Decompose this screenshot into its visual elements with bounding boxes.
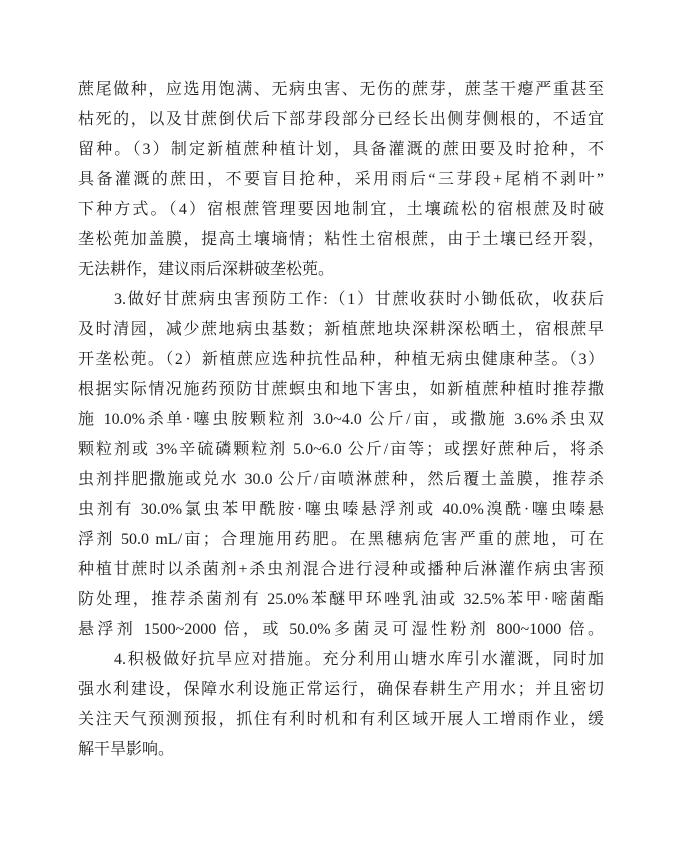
text-line: 垄松蔸加盖膜，提高土壤墒情；粘性土宿根蔗，由于土壤已经开裂， bbox=[78, 225, 604, 255]
text-line: 悬浮剂 1500~2000 倍，或 50.0%多菌灵可湿性粉剂 800~1000… bbox=[78, 615, 604, 645]
text-line: 防处理，推荐杀菌剂有 25.0%苯醚甲环唑乳油或 32.5%苯甲·嘧菌酯 bbox=[78, 585, 604, 615]
text-line: 4.积极做好抗旱应对措施。充分利用山塘水库引水灌溉，同时加 bbox=[78, 645, 604, 675]
text-line: 及时清园，减少蔗地病虫基数；新植蔗地块深耕深松晒土，宿根蔗早 bbox=[78, 315, 604, 345]
text-line: 枯死的，以及甘蔗倒伏后下部芽段部分已经长出侧芽侧根的，不适宜 bbox=[78, 105, 604, 135]
document-page: 蔗尾做种，应选用饱满、无病虫害、无伤的蔗芽，蔗茎干瘪严重甚至 枯死的，以及甘蔗倒… bbox=[78, 75, 604, 765]
text-line: 具备灌溉的蔗田，不要盲目抢种，采用雨后“三芽段+尾梢不剥叶” bbox=[78, 165, 604, 195]
text-line: 根据实际情况施药预防甘蔗螟虫和地下害虫，如新植蔗种植时推荐撒 bbox=[78, 375, 604, 405]
text-line: 虫剂拌肥撒施或兑水 30.0 公斤/亩喷淋蔗种，然后覆土盖膜，推荐杀 bbox=[78, 465, 604, 495]
text-line: 虫剂有 30.0%氯虫苯甲酰胺·噻虫嗪悬浮剂或 40.0%溴酰·噻虫嗪悬 bbox=[78, 495, 604, 525]
text-line: 无法耕作，建议雨后深耕破垄松蔸。 bbox=[78, 255, 604, 285]
text-line: 蔗尾做种，应选用饱满、无病虫害、无伤的蔗芽，蔗茎干瘪严重甚至 bbox=[78, 75, 604, 105]
text-line: 3.做好甘蔗病虫害预防工作:（1）甘蔗收获时小锄低砍，收获后 bbox=[78, 285, 604, 315]
text-line: 颗粒剂或 3%辛硫磷颗粒剂 5.0~6.0 公斤/亩等；或摆好蔗种后，将杀 bbox=[78, 435, 604, 465]
text-line: 种植甘蔗时以杀菌剂+杀虫剂混合进行浸种或播种后淋灌作病虫害预 bbox=[78, 555, 604, 585]
text-line: 解干旱影响。 bbox=[78, 735, 604, 765]
text-line: 浮剂 50.0 mL/亩；合理施用药肥。在黑穗病危害严重的蔗地，可在 bbox=[78, 525, 604, 555]
text-line: 施 10.0%杀单·噻虫胺颗粒剂 3.0~4.0 公斤/亩，或撒施 3.6%杀虫… bbox=[78, 405, 604, 435]
text-line: 关注天气预测预报，抓住有利时机和有利区域开展人工增雨作业，缓 bbox=[78, 705, 604, 735]
document-background: { "page": { "background_color": "#ffffff… bbox=[0, 0, 680, 858]
text-line: 留种。（3）制定新植蔗种植计划，具备灌溉的蔗田要及时抢种，不 bbox=[78, 135, 604, 165]
text-line: 下种方式。（4）宿根蔗管理要因地制宜，土壤疏松的宿根蔗及时破 bbox=[78, 195, 604, 225]
text-line: 强水利建设，保障水利设施正常运行，确保春耕生产用水；并且密切 bbox=[78, 675, 604, 705]
text-line: 开垄松蔸。（2）新植蔗应选种抗性品种，种植无病虫健康种茎。（3） bbox=[78, 345, 604, 375]
